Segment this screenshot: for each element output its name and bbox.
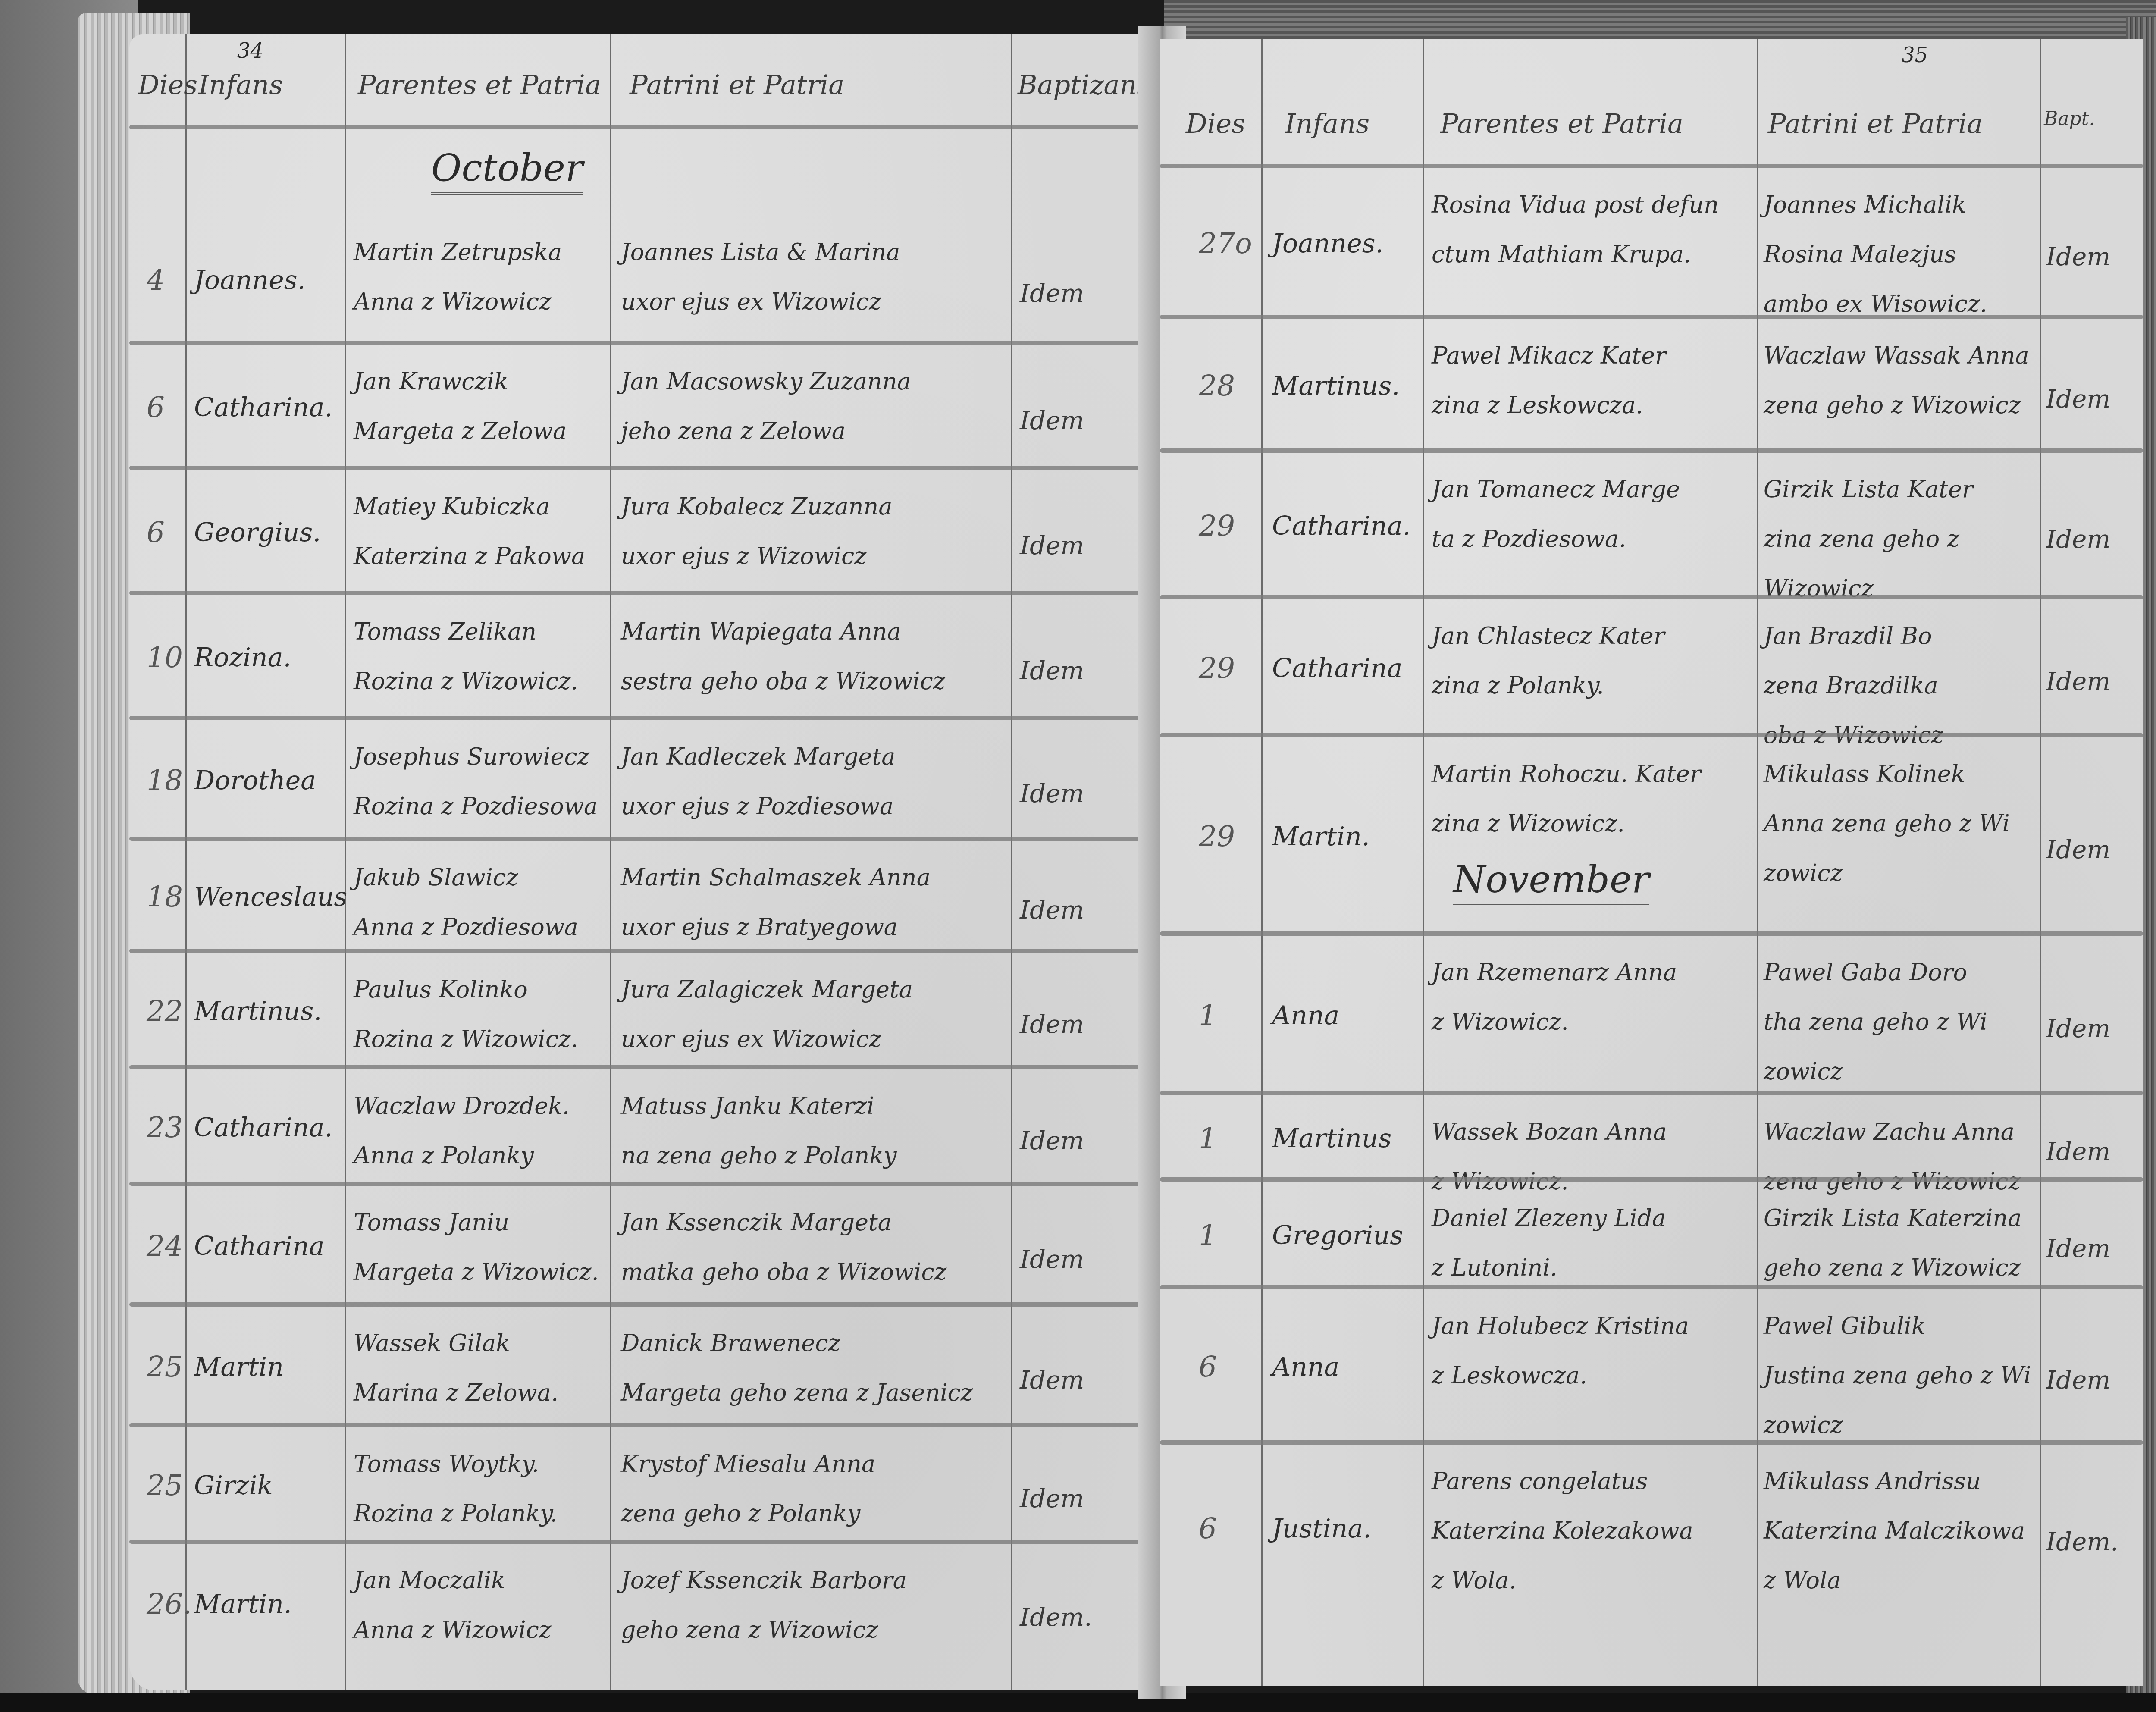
entry-parents: z Leskowcza.	[1432, 1352, 1587, 1399]
entry-day: 29	[1199, 813, 1235, 860]
entry-godparents: Jan Kadleczek Margeta	[621, 733, 895, 781]
entry-godparents: uxor ejus z Bratyegowa	[621, 903, 898, 951]
entry-infant-name: Gregorius	[1272, 1212, 1403, 1259]
right-page: 35 Dies Infans Parentes et Patria Patrin…	[1160, 39, 2143, 1686]
entry-infant-name: Girzik	[194, 1462, 273, 1509]
row-divider	[1160, 315, 2143, 319]
header-baptizer: Bapt.	[2044, 108, 2095, 130]
entry-godparents: Pawel Gaba Doro	[1764, 949, 1967, 996]
entry-day: 6	[147, 384, 165, 431]
header-godparents: Patrini et Patria	[1768, 108, 1983, 139]
entry-parents: Katerzina z Pakowa	[354, 533, 585, 580]
month-heading: October	[431, 147, 583, 195]
entry-parents: Tomass Janiu	[354, 1199, 509, 1246]
entry-infant-name: Martinus	[1272, 1115, 1391, 1162]
entry-parents: Rozina z Polanky.	[354, 1490, 558, 1537]
entry-infant-name: Martin	[194, 1343, 284, 1391]
entry-baptizer: Idem	[2046, 826, 2110, 873]
entry-baptizer: Idem.	[2046, 1518, 2118, 1565]
entry-infant-name: Joannes.	[1272, 220, 1384, 267]
entry-godparents: zena Brazdilka	[1764, 662, 1938, 709]
entry-parents: Martin Rohoczu. Kater	[1432, 750, 1701, 798]
entry-parents: Tomass Zelikan	[354, 608, 536, 655]
entry-baptizer: Idem	[1020, 270, 1084, 317]
header-infant: Infans	[198, 69, 283, 100]
entry-parents: z Lutonini.	[1432, 1244, 1557, 1292]
entry-godparents: uxor ejus ex Wizowicz	[621, 1016, 881, 1063]
entry-parents: Rozina z Pozdiesowa	[354, 783, 598, 830]
entry-day: 29	[1199, 502, 1235, 550]
entry-parents: Jan Chlastecz Kater	[1432, 612, 1665, 660]
row-divider	[129, 1423, 1181, 1427]
entry-infant-name: Anna	[1272, 1343, 1339, 1391]
entry-parents: Rozina z Wizowicz.	[354, 1016, 578, 1063]
entry-godparents: Margeta geho zena z Jasenicz	[621, 1369, 973, 1417]
entry-godparents: Matuss Janku Katerzi	[621, 1082, 874, 1130]
entry-baptizer: Idem	[1020, 1235, 1084, 1283]
entry-baptizer: Idem	[2046, 1225, 2110, 1272]
entry-infant-name: Anna	[1272, 992, 1339, 1039]
entry-day: 6	[147, 509, 165, 556]
entry-infant-name: Joannes.	[194, 257, 306, 304]
entry-godparents: tha zena geho z Wi	[1764, 998, 1987, 1046]
row-divider	[129, 837, 1181, 841]
entry-godparents: na zena geho z Polanky	[621, 1132, 896, 1179]
entry-parents: Josephus Surowiecz	[354, 733, 589, 781]
entry-godparents: Justina zena geho z Wi	[1764, 1352, 2031, 1399]
entry-baptizer: Idem	[2046, 515, 2110, 563]
entry-day: 18	[147, 873, 183, 921]
entry-parents: Martin Zetrupska	[354, 229, 562, 276]
month-heading: November	[1453, 858, 1649, 906]
entry-godparents: zena geho z Polanky	[621, 1490, 860, 1537]
entry-parents: Margeta z Zelowa	[354, 408, 567, 455]
entry-godparents: Danick Brawenecz	[621, 1320, 840, 1367]
entry-baptizer: Idem	[2046, 375, 2110, 423]
entry-infant-name: Catharina.	[194, 1104, 333, 1151]
entry-parents: Jan Moczalik	[354, 1557, 505, 1604]
entry-godparents: uxor ejus ex Wizowicz	[621, 278, 881, 326]
row-divider	[129, 466, 1181, 470]
entry-godparents: Rosina Malezjus	[1764, 231, 1956, 278]
entry-parents: Anna z Wizowicz	[354, 1606, 552, 1654]
row-divider	[129, 716, 1181, 720]
row-divider	[129, 1182, 1181, 1186]
entry-parents: Tomass Woytky.	[354, 1440, 539, 1488]
entry-parents: Margeta z Wizowicz.	[354, 1248, 599, 1296]
entry-parents: Anna z Wizowicz	[354, 278, 552, 326]
entry-parents: Rosina Vidua post defun	[1432, 181, 1719, 229]
entry-baptizer: Idem	[1020, 522, 1084, 569]
entry-godparents: zowicz	[1764, 1048, 1843, 1095]
entry-godparents: geho zena z Wizowicz	[621, 1606, 878, 1654]
header-day: Dies	[138, 69, 197, 100]
entry-day: 25	[147, 1343, 183, 1391]
entry-parents: Matiey Kubiczka	[354, 483, 550, 530]
entry-infant-name: Martinus.	[194, 988, 322, 1035]
entry-parents: Jan Krawczik	[354, 358, 508, 405]
entry-baptizer: Idem	[1020, 1475, 1084, 1522]
entry-parents: Anna z Pozdiesowa	[354, 903, 578, 951]
entry-godparents: ambo ex Wisowicz.	[1764, 280, 1987, 328]
entry-parents: z Wizowicz.	[1432, 998, 1569, 1046]
header-day: Dies	[1186, 108, 1245, 139]
entry-parents: Jan Holubecz Kristina	[1432, 1302, 1689, 1350]
header-parents: Parentes et Patria	[1440, 108, 1683, 139]
entry-infant-name: Catharina.	[194, 384, 333, 431]
entry-godparents: Joannes Lista & Marina	[621, 229, 900, 276]
entry-godparents: zena geho z Wizowicz	[1764, 382, 2021, 429]
entry-parents: Anna z Polanky	[354, 1132, 534, 1179]
entry-baptizer: Idem	[2046, 1128, 2110, 1175]
row-divider	[1160, 1440, 2143, 1445]
entry-baptizer: Idem	[1020, 1117, 1084, 1164]
entry-godparents: Mikulass Kolinek	[1764, 750, 1965, 798]
entry-godparents: Anna zena geho z Wi	[1764, 800, 2010, 847]
entry-day: 26.	[147, 1580, 192, 1628]
entry-day: 27o	[1199, 220, 1252, 267]
row-divider	[1160, 733, 2143, 737]
entry-infant-name: Rozina.	[194, 634, 291, 681]
entry-day: 10	[147, 634, 183, 681]
entry-godparents: zowicz	[1764, 850, 1843, 897]
row-divider	[129, 949, 1181, 953]
entry-baptizer: Idem	[2046, 233, 2110, 280]
entry-infant-name: Catharina	[194, 1223, 325, 1270]
entry-infant-name: Catharina	[1272, 645, 1403, 692]
entry-baptizer: Idem	[1020, 397, 1084, 444]
row-divider	[129, 1302, 1181, 1307]
row-divider	[1160, 931, 2143, 936]
row-divider	[1160, 1177, 2143, 1182]
entry-godparents: Martin Wapiegata Anna	[621, 608, 901, 655]
entry-infant-name: Wenceslaus	[194, 873, 347, 921]
entry-parents: Wassek Bozan Anna	[1432, 1108, 1667, 1156]
entry-godparents: geho zena z Wizowicz	[1764, 1244, 2021, 1292]
entry-baptizer: Idem	[1020, 1000, 1084, 1048]
entry-godparents: Jura Zalagiczek Margeta	[621, 966, 913, 1013]
entry-baptizer: Idem	[1020, 647, 1084, 694]
entry-godparents: matka geho oba z Wizowicz	[621, 1248, 946, 1296]
entry-parents: Rozina z Wizowicz.	[354, 658, 578, 705]
entry-parents: Waczlaw Drozdek.	[354, 1082, 570, 1130]
entry-infant-name: Justina.	[1272, 1505, 1371, 1552]
entry-godparents: Martin Schalmaszek Anna	[621, 854, 931, 901]
entry-godparents: Jura Kobalecz Zuzanna	[621, 483, 893, 530]
entry-day: 18	[147, 757, 183, 804]
entry-day: 6	[1199, 1505, 1217, 1552]
entry-parents: Pawel Mikacz Kater	[1432, 332, 1666, 379]
entry-godparents: Joannes Michalik	[1764, 181, 1966, 229]
entry-day: 1	[1199, 992, 1217, 1039]
header-baptizer: Baptizans	[1018, 69, 1150, 100]
entry-parents: zina z Leskowcza.	[1432, 382, 1643, 429]
entry-godparents: uxor ejus z Wizowicz	[621, 533, 867, 580]
entry-godparents: Jan Kssenczik Margeta	[621, 1199, 892, 1246]
entry-day: 4	[147, 257, 165, 304]
entry-parents: zina z Wizowicz.	[1432, 800, 1625, 847]
entry-infant-name: Georgius.	[194, 509, 321, 556]
entry-parents: z Wola.	[1432, 1557, 1517, 1604]
entry-godparents: Waczlaw Zachu Anna	[1764, 1108, 2015, 1156]
row-divider	[129, 591, 1181, 595]
entry-day: 1	[1199, 1212, 1217, 1259]
entry-parents: Daniel Zlezeny Lida	[1432, 1195, 1666, 1242]
row-divider	[129, 1065, 1181, 1069]
entry-infant-name: Martin.	[194, 1580, 292, 1628]
header-godparents: Patrini et Patria	[630, 69, 844, 100]
entry-day: 1	[1199, 1115, 1217, 1162]
entry-infant-name: Catharina.	[1272, 502, 1411, 550]
entry-baptizer: Idem	[2046, 658, 2110, 705]
entry-baptizer: Idem	[1020, 1356, 1084, 1404]
row-divider	[1160, 595, 2143, 599]
row-divider	[1160, 448, 2143, 453]
entry-parents: Katerzina Kolezakowa	[1432, 1507, 1693, 1555]
entry-godparents: sestra geho oba z Wizowicz	[621, 658, 945, 705]
entry-godparents: uxor ejus z Pozdiesowa	[621, 783, 893, 830]
entry-godparents: jeho zena z Zelowa	[621, 408, 846, 455]
entry-day: 25	[147, 1462, 183, 1509]
entry-parents: Marina z Zelowa.	[354, 1369, 558, 1417]
entry-parents: Jan Rzemenarz Anna	[1432, 949, 1677, 996]
entry-infant-name: Martinus.	[1272, 362, 1400, 410]
entry-baptizer: Idem	[1020, 770, 1084, 817]
entry-infant-name: Dorothea	[194, 757, 316, 804]
entry-parents: Jan Tomanecz Marge	[1432, 466, 1680, 513]
entry-godparents: Girzik Lista Kater	[1764, 466, 1973, 513]
entry-baptizer: Idem.	[1020, 1593, 1092, 1641]
entry-day: 28	[1199, 362, 1235, 410]
entry-day: 24	[147, 1223, 183, 1270]
row-divider	[1160, 1285, 2143, 1289]
entry-parents: zina z Polanky.	[1432, 662, 1604, 709]
entry-godparents: Katerzina Malczikowa	[1764, 1507, 2025, 1555]
entry-godparents: Girzik Lista Katerzina	[1764, 1195, 2021, 1242]
entry-day: 6	[1199, 1343, 1217, 1391]
entry-parents: Wassek Gilak	[354, 1320, 510, 1367]
entry-infant-name: Martin.	[1272, 813, 1370, 860]
register-table-left: Dies Infans Parentes et Patria Patrini e…	[129, 34, 1181, 1690]
entry-day: 22	[147, 988, 183, 1035]
entry-godparents: Jan Macsowsky Zuzanna	[621, 358, 911, 405]
entry-parents: ta z Pozdiesowa.	[1432, 515, 1626, 563]
entry-day: 29	[1199, 645, 1235, 692]
entry-godparents: Mikulass Andrissu	[1764, 1458, 1981, 1505]
entry-parents: ctum Mathiam Krupa.	[1432, 231, 1691, 278]
register-table-right: Dies Infans Parentes et Patria Patrini e…	[1160, 39, 2143, 1686]
left-page: 34 Dies Infans Parentes et Patria Patrin…	[129, 34, 1181, 1690]
entry-godparents: z Wola	[1764, 1557, 1841, 1604]
entry-godparents: Pawel Gibulik	[1764, 1302, 1926, 1350]
row-divider	[1160, 1091, 2143, 1095]
entry-godparents: Wizowicz	[1764, 565, 1874, 612]
header-parents: Parentes et Patria	[358, 69, 601, 100]
entry-baptizer: Idem	[1020, 886, 1084, 934]
entry-baptizer: Idem	[2046, 1005, 2110, 1052]
entry-godparents: Krystof Miesalu Anna	[621, 1440, 875, 1488]
entry-day: 23	[147, 1104, 183, 1151]
entry-parents: Parens congelatus	[1432, 1458, 1648, 1505]
entry-godparents: Waczlaw Wassak Anna	[1764, 332, 2029, 379]
scan-bottom-border	[0, 1693, 2156, 1712]
entry-godparents: Jan Brazdil Bo	[1764, 612, 1932, 660]
row-divider	[129, 1540, 1181, 1544]
entry-godparents: zina zena geho z	[1764, 515, 1959, 563]
row-divider	[129, 341, 1181, 345]
entry-baptizer: Idem	[2046, 1356, 2110, 1404]
entry-parents: Paulus Kolinko	[354, 966, 528, 1013]
header-infant: Infans	[1285, 108, 1369, 139]
entry-godparents: Jozef Kssenczik Barbora	[621, 1557, 907, 1604]
entry-parents: Jakub Slawicz	[354, 854, 518, 901]
